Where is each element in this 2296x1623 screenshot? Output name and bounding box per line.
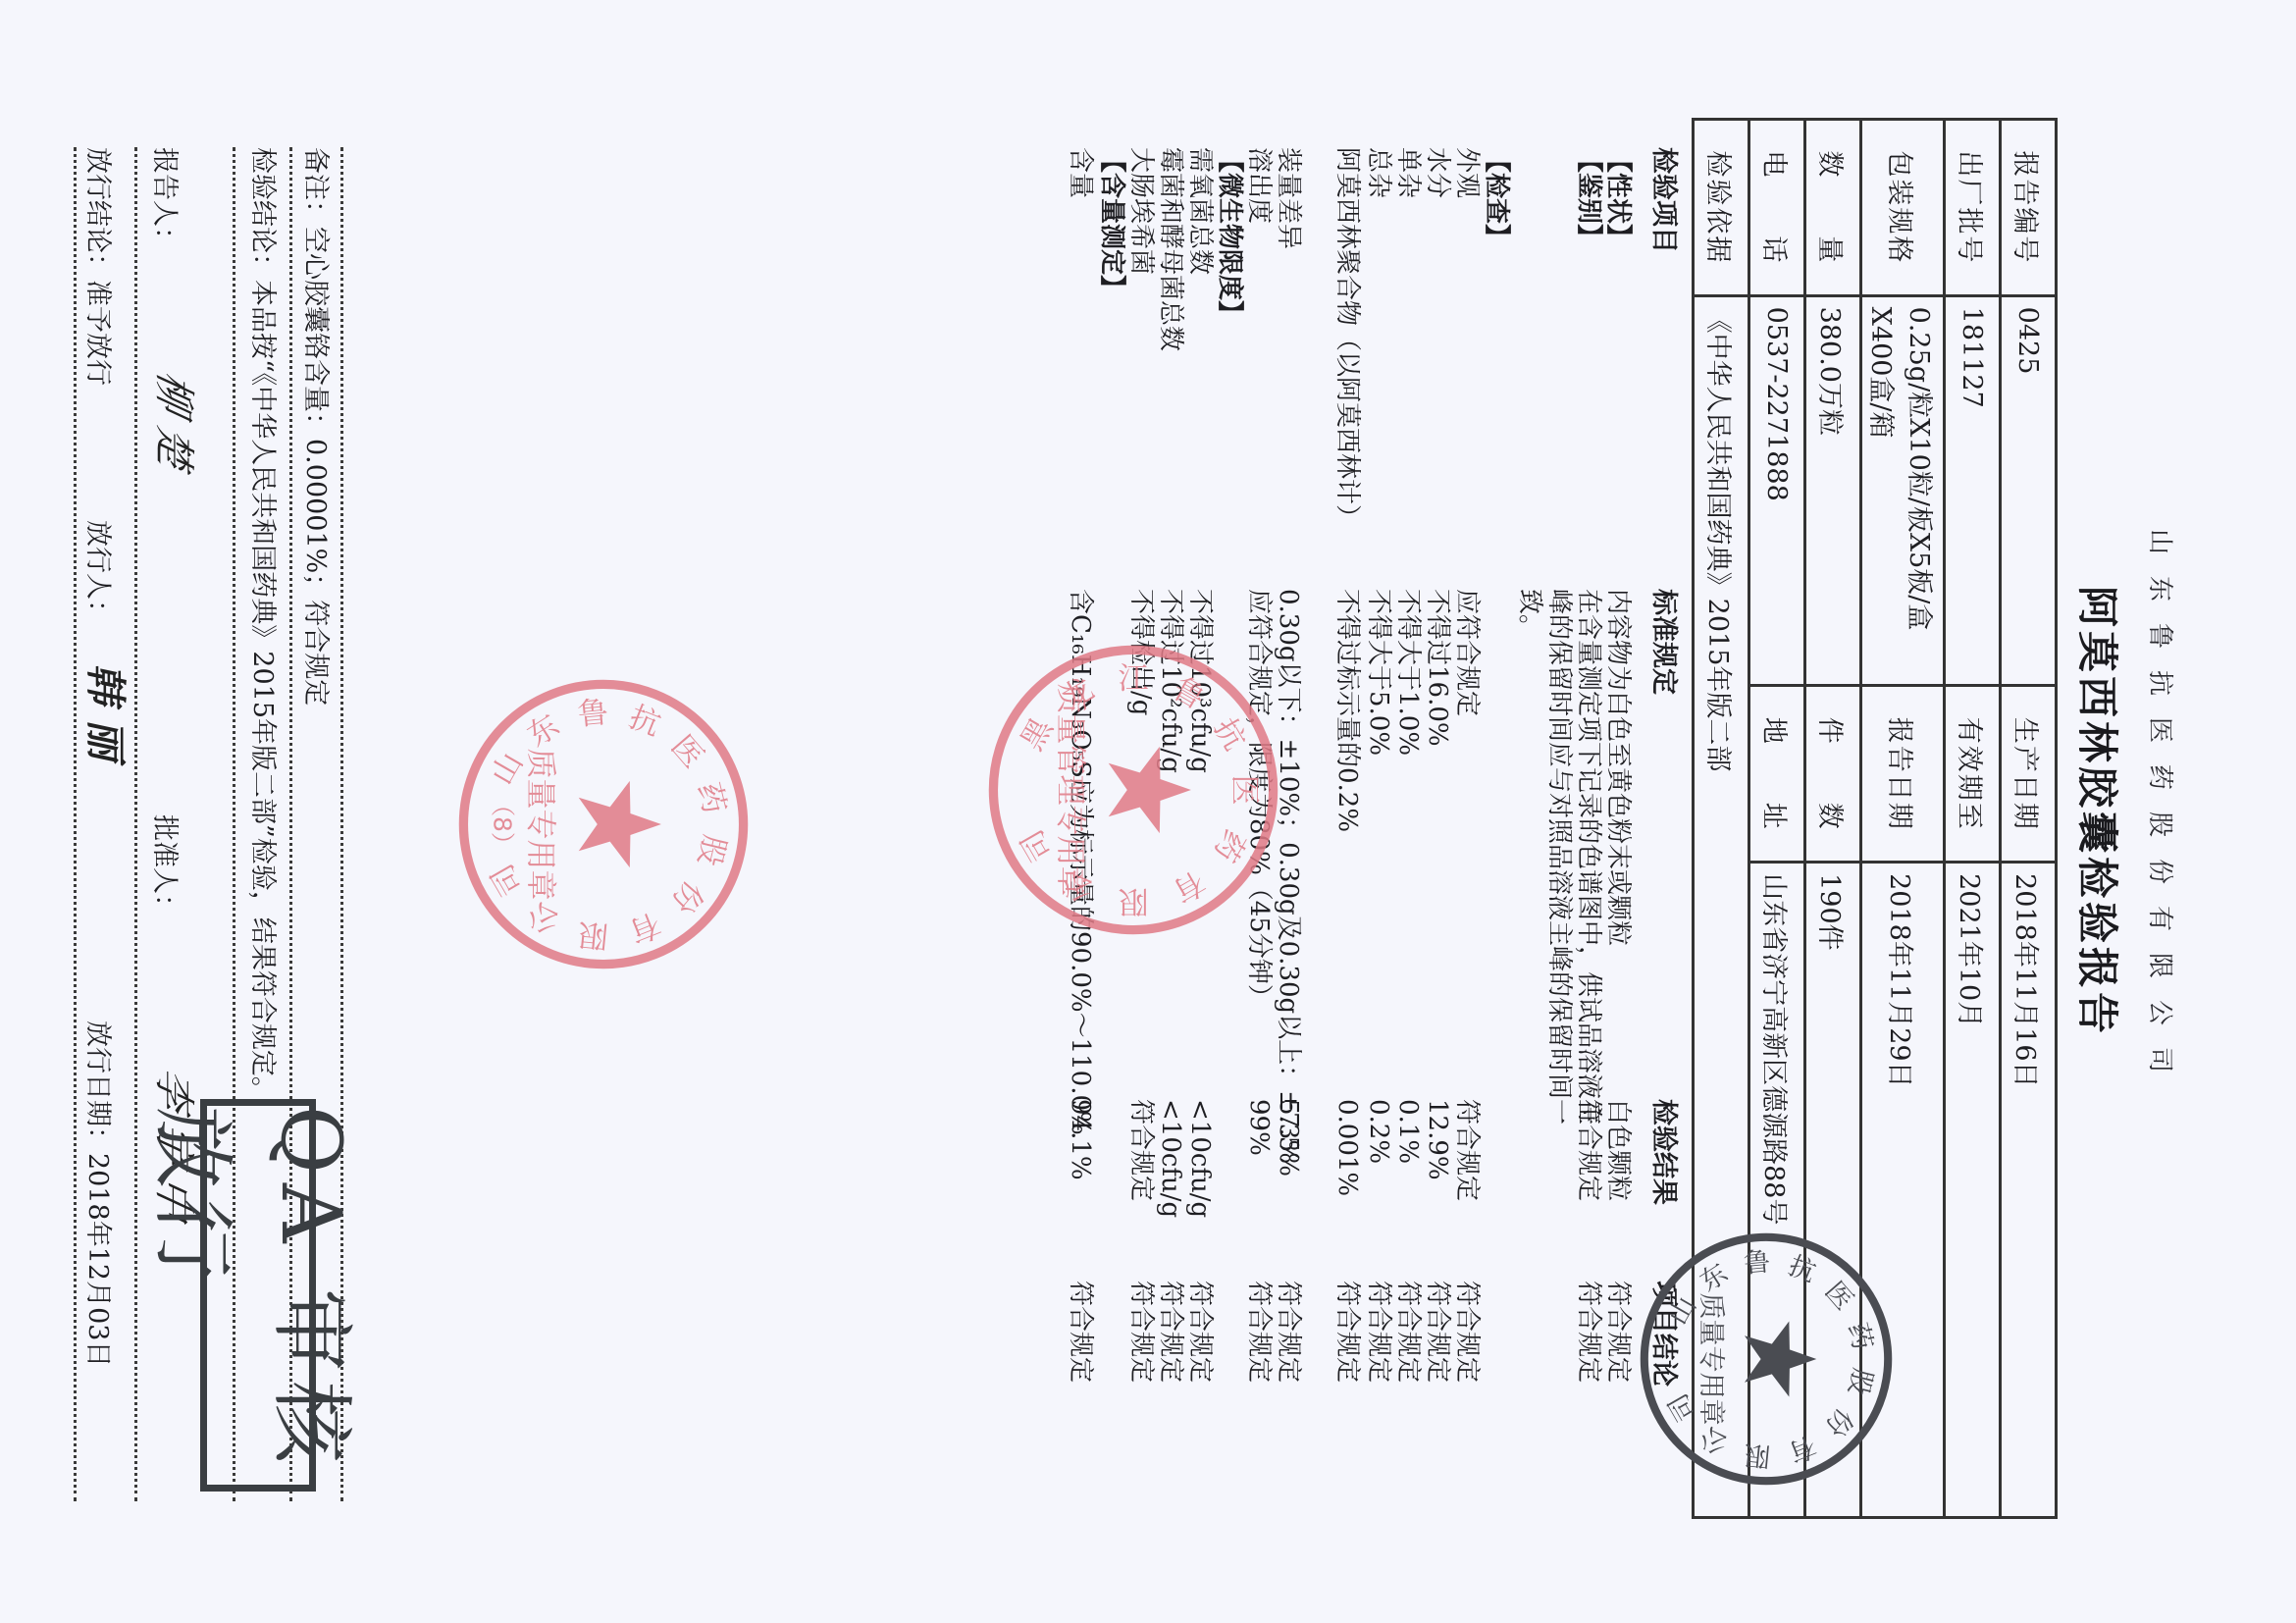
svg-text:医: 医: [1819, 1276, 1859, 1316]
header-value: 2021年10月: [1945, 863, 2001, 1518]
test-item: 【性状】: [1603, 147, 1633, 638]
test-result: 5.3%: [1274, 1099, 1303, 1295]
test-standard: 内容物为白色至黄色粉末或颗粒: [1603, 589, 1633, 1138]
test-standard: 不得过标示量的0.2%: [1332, 589, 1362, 1158]
svg-text:质量专用章: 质量专用章: [523, 749, 558, 901]
header-label: 生产日期: [2001, 686, 2057, 863]
svg-text:股: 股: [1842, 1365, 1877, 1398]
test-item: 霉菌和酵母菌总数: [1156, 147, 1185, 638]
test-item: 【含量测定】: [1097, 147, 1126, 638]
test-item: 总杂: [1364, 147, 1393, 638]
svg-text:份: 份: [1819, 1402, 1859, 1442]
header-label: 报告编号: [2001, 120, 2057, 296]
test-conclusion: 符合规定: [1274, 1281, 1303, 1477]
reporter-signature: 柳 楚: [147, 367, 206, 475]
test-standard: 不得大于1.0%: [1393, 589, 1423, 1158]
col-header-item: 检验项目: [1647, 147, 1686, 638]
header-value: 2018年11月16日: [2001, 863, 2057, 1518]
divider: [134, 147, 137, 1501]
divider: [74, 147, 77, 1501]
releaser-label: 放行人：: [81, 520, 120, 626]
svg-text:鲁: 鲁: [1167, 671, 1211, 717]
remark: 备注：空心胶囊铬含量：0.00001%；符合规定: [299, 147, 338, 706]
header-label: 有效期至: [1945, 686, 2001, 863]
test-item: 阿莫西林聚合物（以阿莫西林计）: [1332, 147, 1362, 579]
test-conclusion: 符合规定: [1244, 1281, 1274, 1477]
svg-text:有: 有: [1167, 864, 1211, 910]
test-result: 符合规定: [1126, 1099, 1156, 1295]
test-conclusion: 符合规定: [1603, 1281, 1633, 1477]
header-row: 报告编号0425生产日期2018年11月16日: [2001, 120, 2057, 1518]
svg-text:江: 江: [1119, 661, 1149, 697]
test-conclusion: 符合规定: [1393, 1281, 1423, 1477]
svg-text:有: 有: [624, 905, 665, 949]
test-result: 0.001%: [1332, 1099, 1362, 1295]
svg-text:公: 公: [521, 895, 566, 941]
test-result: 符合规定: [1574, 1099, 1603, 1295]
header-row: 出厂批号181127有效期至2021年10月: [1945, 120, 2001, 1518]
svg-text:限: 限: [1743, 1439, 1772, 1471]
test-conclusion: 符合规定: [1452, 1281, 1482, 1477]
header-value: 380.0万粒: [1805, 295, 1861, 686]
test-conclusion: 符合规定: [1423, 1281, 1452, 1477]
release-conclusion: 放行结论：准予放行: [81, 147, 120, 386]
svg-text:有: 有: [1784, 1430, 1820, 1468]
test-result: 99%: [1244, 1099, 1274, 1295]
svg-text:公: 公: [1695, 1420, 1733, 1460]
test-standard: 在含量测定项下记录的色谱图中，供试品溶液主峰的保留时间应与对照品溶液主峰的保留时…: [1515, 589, 1603, 1138]
test-item: 【微生物限度】: [1215, 147, 1244, 638]
svg-text:限: 限: [576, 916, 609, 954]
header-label: 出厂批号: [1945, 120, 2001, 296]
test-item: 【鉴别】: [1574, 147, 1603, 638]
svg-text:（8）: （8）: [488, 792, 516, 856]
svg-text:东: 东: [521, 707, 566, 754]
test-item: 【检查】: [1482, 147, 1511, 638]
svg-text:份: 份: [664, 873, 711, 919]
header-label: 数 量: [1805, 120, 1861, 296]
test-item: 大肠埃希菌: [1126, 147, 1156, 638]
header-label: 报告日期: [1861, 686, 1945, 863]
test-result: 94.1%: [1066, 1099, 1095, 1295]
test-result: 0.2%: [1364, 1099, 1393, 1295]
report-title: 阿莫西林胶囊检验报告: [2070, 0, 2129, 1623]
svg-text:药: 药: [1207, 823, 1253, 867]
red-quality-seal-2: 黑龙江鲁抗医药有限公司质量管理专用章: [981, 638, 1285, 942]
test-conclusion: 符合规定: [1364, 1281, 1393, 1477]
test-item: 溶出度: [1244, 147, 1274, 638]
svg-text:股: 股: [691, 831, 732, 869]
test-conclusion: 符合规定: [1332, 1281, 1362, 1477]
svg-text:抗: 抗: [1207, 712, 1253, 757]
test-item: 水分: [1423, 147, 1452, 638]
inspection-conclusion: 检验结论：本品按“《中华人民共和国药典》2015年版二部”检验，结果符合规定。: [246, 147, 285, 1103]
svg-text:医: 医: [1226, 775, 1262, 806]
release-date: 放行日期：2018年12月03日: [81, 1021, 120, 1367]
svg-text:限: 限: [1119, 883, 1149, 918]
test-conclusion: 符合规定: [1126, 1281, 1156, 1477]
header-value: 181127: [1945, 295, 2001, 686]
test-result: 符合规定: [1452, 1099, 1482, 1295]
test-item: 需氧菌总数: [1185, 147, 1215, 638]
test-conclusion: 符合规定: [1066, 1281, 1095, 1477]
test-result: 0.1%: [1393, 1099, 1423, 1295]
svg-text:质量管理专用章: 质量管理专用章: [1053, 684, 1088, 897]
header-label: 包装规格: [1861, 120, 1945, 296]
test-conclusion: 符合规定: [1574, 1281, 1603, 1477]
test-item: 外观: [1452, 147, 1482, 638]
test-result: <10cfu/g: [1185, 1099, 1215, 1295]
company-quality-seal: 山东鲁抗医药股份有限公司质量专用章: [1634, 1227, 1899, 1492]
test-standard: 不得大于5.0%: [1364, 589, 1393, 1158]
test-item: 含量: [1066, 147, 1095, 638]
test-standard: 不得过16.0%: [1423, 589, 1452, 1158]
svg-text:药: 药: [1842, 1320, 1877, 1353]
releaser-signature: 韩 丽: [78, 661, 137, 770]
report-page: 山东鲁抗医药股份有限公司 阿莫西林胶囊检验报告 报告编号0425生产日期2018…: [0, 0, 2296, 1623]
reporter-label: 报告人：: [148, 147, 186, 253]
test-conclusion: 符合规定: [1156, 1281, 1185, 1477]
qa-release-stamp: QA 审核放行: [200, 1099, 316, 1492]
approver-label: 批准人：: [148, 814, 186, 920]
header-label: 检验依据: [1694, 120, 1749, 296]
test-result: <10cfu/g: [1156, 1099, 1185, 1295]
header-value: 0425: [2001, 295, 2057, 686]
svg-text:质量专用章: 质量专用章: [1696, 1293, 1726, 1426]
company-name: 山东鲁抗医药股份有限公司: [2144, 0, 2180, 1623]
svg-text:医: 医: [664, 729, 711, 775]
test-result: 12.9%: [1423, 1099, 1452, 1295]
test-item: 装量差异: [1274, 147, 1303, 638]
svg-text:鲁: 鲁: [576, 695, 609, 733]
test-conclusion: 符合规定: [1185, 1281, 1215, 1477]
svg-text:鲁: 鲁: [1743, 1246, 1772, 1279]
col-header-standard: 标准规定: [1647, 589, 1686, 1158]
svg-text:药: 药: [691, 779, 732, 817]
header-label: 地 址: [1749, 686, 1805, 863]
header-value: 0.25g/粒X10粒/板X5板/盒X400盒/箱: [1861, 295, 1945, 686]
test-result: 白色颗粒: [1603, 1099, 1633, 1295]
test-standard: 应符合规定: [1452, 589, 1482, 1158]
svg-text:抗: 抗: [1784, 1250, 1820, 1288]
svg-text:抗: 抗: [624, 700, 665, 744]
header-label: 件 数: [1805, 686, 1861, 863]
header-value: 0537-2271888: [1749, 295, 1805, 686]
red-quality-seal-1: 山东鲁抗医药股份有限公司质量专用章（8）: [451, 672, 756, 976]
header-label: 电 话: [1749, 120, 1805, 296]
test-item: 单杂: [1393, 147, 1423, 638]
